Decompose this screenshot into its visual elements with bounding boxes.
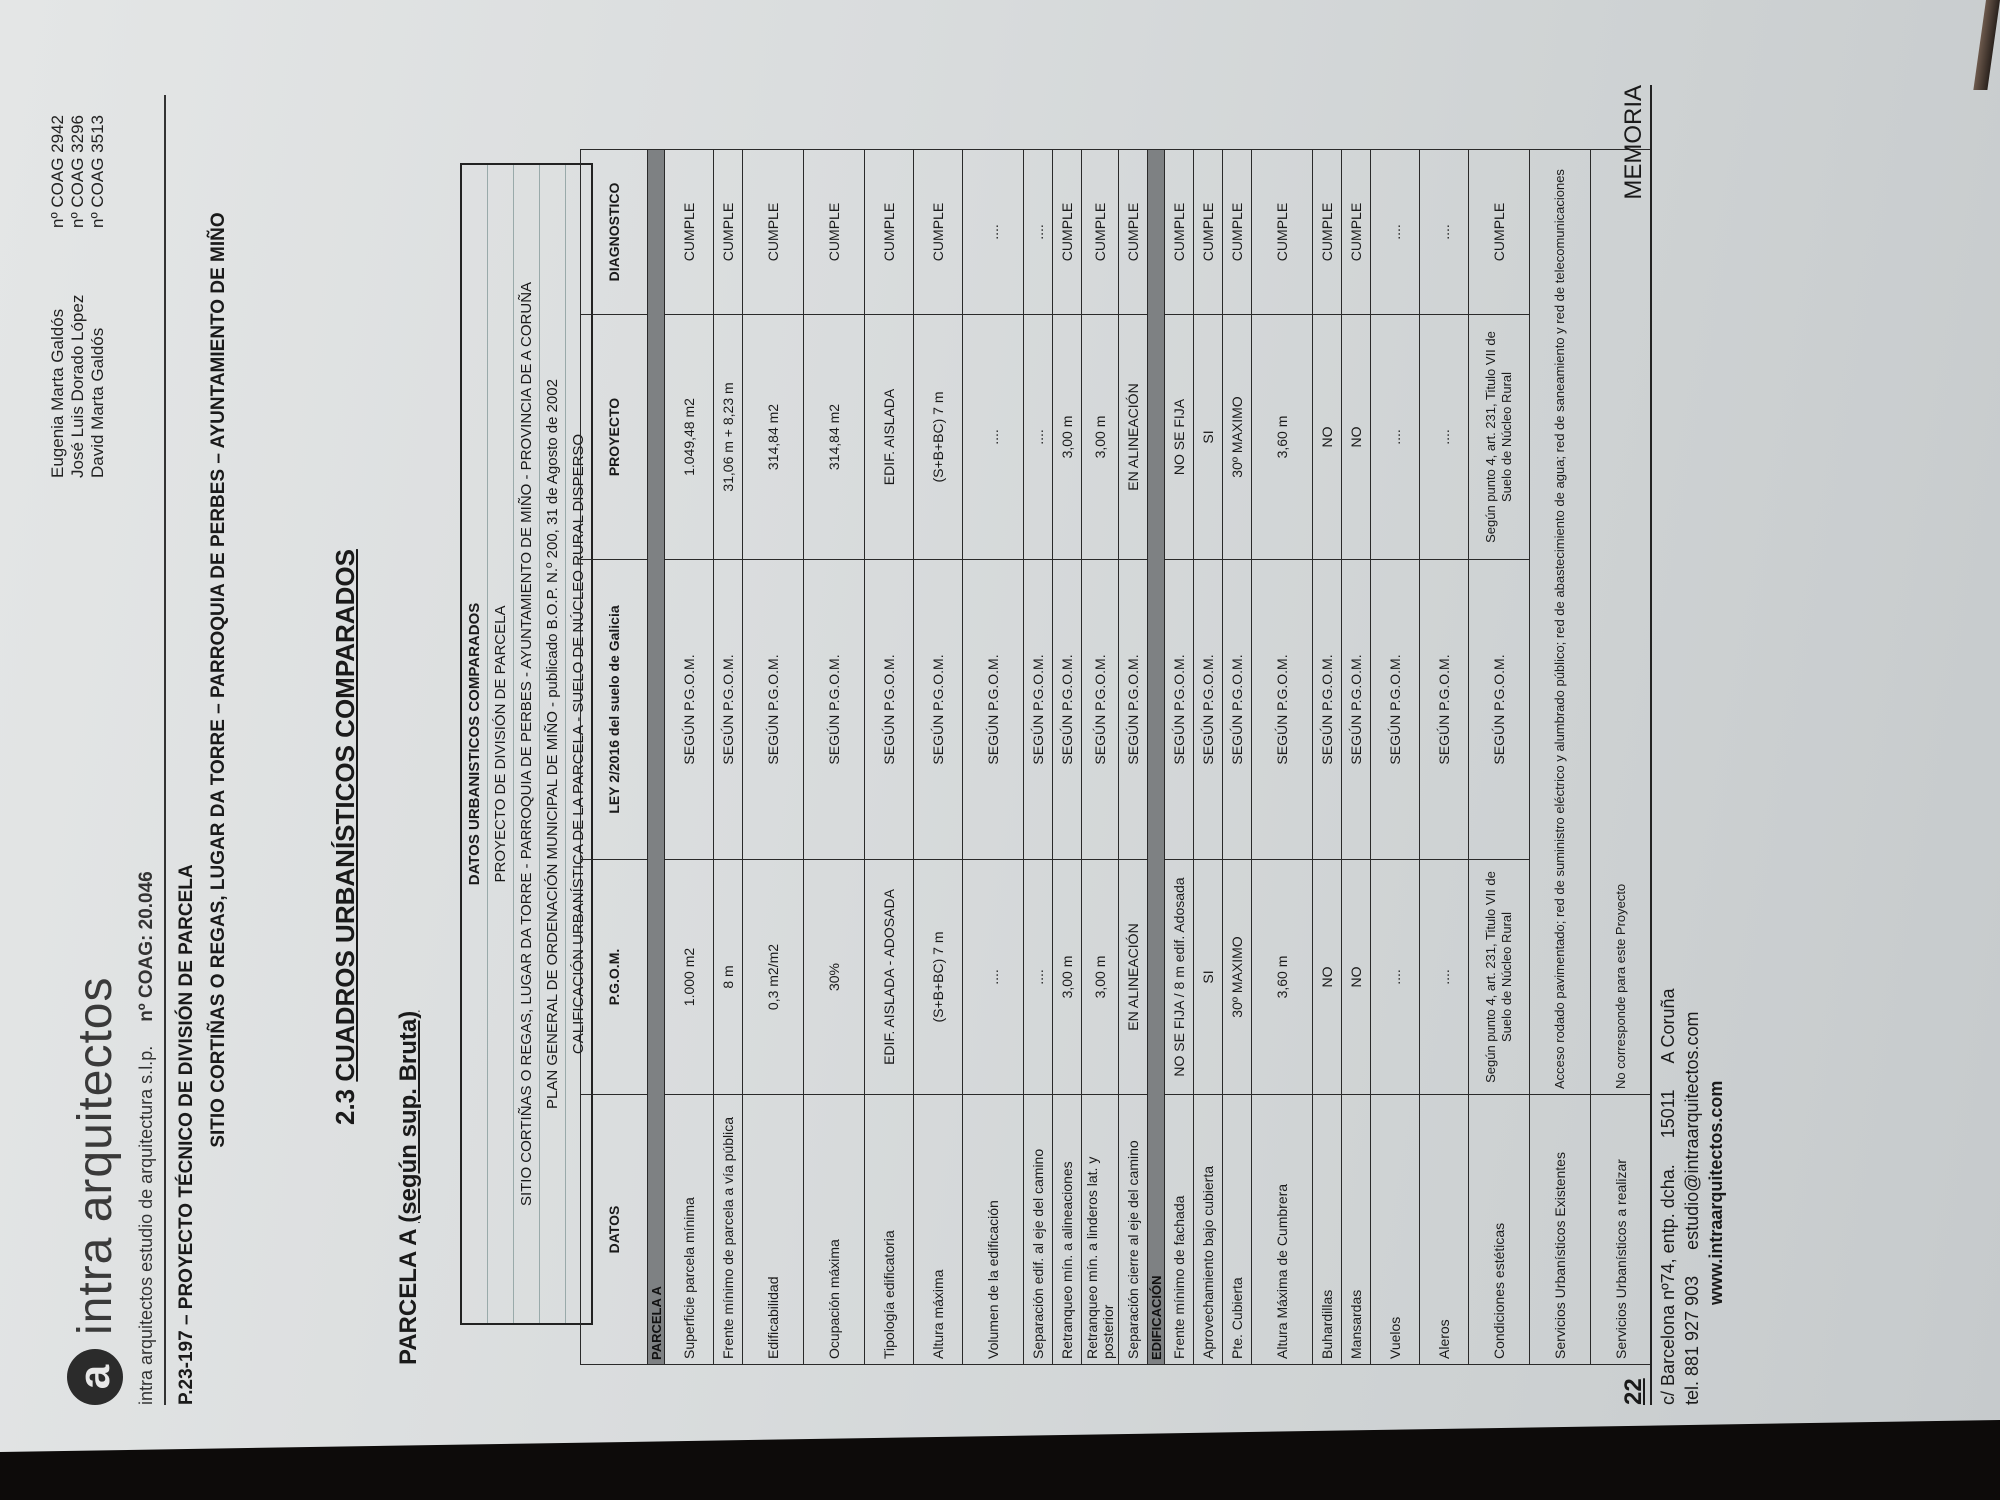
cell-dato: Mansardas: [1342, 1095, 1371, 1365]
table-row: Frente mínimo de fachadaNO SE FIJA / 8 m…: [1165, 150, 1194, 1365]
services-existing-row: Servicios Urbanísticos ExistentesAcceso …: [1530, 150, 1591, 1365]
cell-dato: Frente mínimo de fachada: [1165, 1095, 1194, 1365]
cell-dato: Vuelos: [1371, 1095, 1420, 1365]
cell-diagnostico: CUMPLE: [1053, 150, 1082, 315]
table-row: Aleros....SEGÚN P.G.O.M.........: [1420, 150, 1469, 1365]
cell-dato: Altura máxima: [914, 1095, 963, 1365]
cell-ley: SEGÚN P.G.O.M.: [1371, 560, 1420, 860]
section-band-title: EDIFICACIÓN: [1148, 150, 1165, 1365]
cell-dato: Volumen de la edificación: [963, 1095, 1024, 1365]
cell-diagnostico: CUMPLE: [1252, 150, 1313, 315]
cell-pgom: NO SE FIJA / 8 m edif. Adosada: [1165, 860, 1194, 1095]
cell-ley: SEGÚN P.G.O.M.: [714, 560, 743, 860]
cell-proyecto: NO: [1342, 315, 1371, 560]
table-header-row: DATOS P.G.O.M. LEY 2/2016 del suelo de G…: [581, 150, 648, 1365]
table-row: Retranqueo mín. a linderos lat. y poster…: [1082, 150, 1119, 1365]
signer-name: José Luis Dorado López: [68, 268, 88, 478]
address-line: c/ Barcelona nº74, entp. dcha. 15011 A C…: [1656, 85, 1680, 1405]
cell-pgom: 8 m: [714, 860, 743, 1095]
cell-proyecto: 3,60 m: [1252, 315, 1313, 560]
footer-rule: 22 MEMORIA: [1620, 85, 1652, 1405]
cell-services: Acceso rodado pavimentado; red de sumini…: [1530, 150, 1591, 1095]
parcela-title: PARCELA A (según sup. Bruta): [395, 1011, 423, 1365]
caption-line: SITIO CORTIÑAS O REGAS, LUGAR DA TORRE -…: [514, 165, 540, 1323]
section-band: EDIFICACIÓN: [1148, 150, 1165, 1365]
logo-icon: a: [67, 1349, 123, 1405]
cell-dato: Pte. Cubierta: [1223, 1095, 1252, 1365]
location-line: SITIO CORTIÑAS O REGAS, LUGAR DA TORRE –…: [208, 95, 230, 1405]
cell-pgom: Según punto 4, art. 231, Titulo VII de S…: [1469, 860, 1530, 1095]
cell-proyecto: 314,84 m2: [743, 315, 804, 560]
cell-diagnostico: CUMPLE: [1194, 150, 1223, 315]
section-number: 2.3: [330, 1089, 360, 1125]
cell-proyecto: 3,00 m: [1053, 315, 1082, 560]
cell-proyecto: ....: [1420, 315, 1469, 560]
cell-diagnostico: ....: [1024, 150, 1053, 315]
table-row: Superficie parcela mínima1.000 m2SEGÚN P…: [665, 150, 714, 1365]
cell-dato: Separación edif. al eje del camino: [1024, 1095, 1053, 1365]
cell-dato: Frente mínimo de parcela a vía pública: [714, 1095, 743, 1365]
table-row: Aprovechamiento bajo cubiertaSISEGÚN P.G…: [1194, 150, 1223, 1365]
cell-ley: SEGÚN P.G.O.M.: [743, 560, 804, 860]
cell-diagnostico: CUMPLE: [1119, 150, 1148, 315]
cell-pgom: 3,00 m: [1053, 860, 1082, 1095]
street-address: c/ Barcelona nº74, entp. dcha.: [1656, 1164, 1680, 1405]
logo-text: intra arquitectos: [68, 976, 123, 1335]
cell-proyecto: EDIF. AISLADA: [865, 315, 914, 560]
cell-dato: Aprovechamiento bajo cubierta: [1194, 1095, 1223, 1365]
cell-ley: SEGÚN P.G.O.M.: [1420, 560, 1469, 860]
signers-list: Eugenia Marta Galdós nº COAG 2942 José L…: [48, 115, 108, 478]
cell-diagnostico: CUMPLE: [743, 150, 804, 315]
cell-dato: Aleros: [1420, 1095, 1469, 1365]
caption-line: DATOS URBANISTICOS COMPARADOS: [462, 165, 488, 1323]
cell-diagnostico: CUMPLE: [1342, 150, 1371, 315]
cell-diagnostico: ....: [963, 150, 1024, 315]
cell-ley: SEGÚN P.G.O.M.: [1469, 560, 1530, 860]
cell-pgom: 30%: [804, 860, 865, 1095]
project-line: P.23-197 – PROYECTO TÉCNICO DE DIVISIÓN …: [176, 95, 198, 1405]
cell-dato: Retranqueo mín. a alineaciones: [1053, 1095, 1082, 1365]
page-footer: 22 MEMORIA c/ Barcelona nº74, entp. dcha…: [1620, 85, 1728, 1405]
section-label: MEMORIA: [1620, 85, 1648, 200]
cell-ley: SEGÚN P.G.O.M.: [914, 560, 963, 860]
cell-pgom: NO: [1342, 860, 1371, 1095]
header-divider: [164, 95, 166, 1405]
cell-ley: SEGÚN P.G.O.M.: [1165, 560, 1194, 860]
table-row: Retranqueo mín. a alineaciones3,00 mSEGÚ…: [1053, 150, 1082, 1365]
cell-pgom: EN ALINEACIÓN: [1119, 860, 1148, 1095]
cell-dato: Superficie parcela mínima: [665, 1095, 714, 1365]
signer: David Marta Galdós nº COAG 3513: [88, 115, 108, 478]
table-caption: DATOS URBANISTICOS COMPARADOS PROYECTO D…: [460, 163, 593, 1325]
cell-diagnostico: CUMPLE: [865, 150, 914, 315]
postal-code: 15011: [1656, 1090, 1680, 1139]
table-row: Tipología edificatoriaEDIF. AISLADA - AD…: [865, 150, 914, 1365]
signer-coag: nº COAG 3513: [88, 115, 108, 228]
cell-pgom: EDIF. AISLADA - ADOSADA: [865, 860, 914, 1095]
company-name: intra arquitectos estudio de arquitectur…: [136, 1046, 158, 1405]
cell-ley: SEGÚN P.G.O.M.: [963, 560, 1024, 860]
page-header: a intra arquitectos Eugenia Marta Galdós…: [60, 95, 230, 1405]
cell-ley: SEGÚN P.G.O.M.: [804, 560, 865, 860]
cell-proyecto: NO: [1313, 315, 1342, 560]
cell-proyecto: 31,06 m + 8,23 m: [714, 315, 743, 560]
section-band: PARCELA A: [648, 150, 665, 1365]
cell-proyecto: ....: [1371, 315, 1420, 560]
contact-line: tel. 881 927 903 estudio@intraarquitecto…: [1680, 85, 1704, 1405]
table-row: Altura Máxima de Cumbrera3,60 mSEGÚN P.G…: [1252, 150, 1313, 1365]
table-row: MansardasNOSEGÚN P.G.O.M.NOCUMPLE: [1342, 150, 1371, 1365]
phone: tel. 881 927 903: [1680, 1276, 1704, 1405]
cell-dato: Tipología edificatoria: [865, 1095, 914, 1365]
cell-proyecto: 1.049,48 m2: [665, 315, 714, 560]
table-row: Vuelos....SEGÚN P.G.O.M.........: [1371, 150, 1420, 1365]
cell-proyecto: (S+B+BC) 7 m: [914, 315, 963, 560]
column-header: PROYECTO: [581, 315, 648, 560]
column-header: LEY 2/2016 del suelo de Galicia: [581, 560, 648, 860]
cell-proyecto: ....: [963, 315, 1024, 560]
cell-dato: Retranqueo mín. a linderos lat. y poster…: [1082, 1095, 1119, 1365]
cell-ley: SEGÚN P.G.O.M.: [665, 560, 714, 860]
table-row: BuhardillasNOSEGÚN P.G.O.M.NOCUMPLE: [1313, 150, 1342, 1365]
comparison-table: DATOS P.G.O.M. LEY 2/2016 del suelo de G…: [580, 149, 1652, 1365]
cell-ley: SEGÚN P.G.O.M.: [1119, 560, 1148, 860]
cell-ley: SEGÚN P.G.O.M.: [1194, 560, 1223, 860]
cell-ley: SEGÚN P.G.O.M.: [1342, 560, 1371, 860]
cell-diagnostico: CUMPLE: [1313, 150, 1342, 315]
section-title: 2.3 CUADROS URBANÍSTICOS COMPARADOS: [330, 549, 361, 1125]
cell-diagnostico: ....: [1420, 150, 1469, 315]
cell-proyecto: SI: [1194, 315, 1223, 560]
parcela-note: (según sup. Bruta): [395, 1011, 422, 1223]
cell-proyecto: NO SE FIJA: [1165, 315, 1194, 560]
cell-dato: Altura Máxima de Cumbrera: [1252, 1095, 1313, 1365]
cell-diagnostico: CUMPLE: [804, 150, 865, 315]
signer: Eugenia Marta Galdós nº COAG 2942: [48, 115, 68, 478]
cell-pgom: SI: [1194, 860, 1223, 1095]
table-row: Separación edif. al eje del camino....SE…: [1024, 150, 1053, 1365]
table-row: Separación cierre al eje del caminoEN AL…: [1119, 150, 1148, 1365]
cell-ley: SEGÚN P.G.O.M.: [1313, 560, 1342, 860]
cell-pgom: ....: [1024, 860, 1053, 1095]
table-row: Condiciones estéticasSegún punto 4, art.…: [1469, 150, 1530, 1365]
table-row: Pte. Cubierta30º MAXIMOSEGÚN P.G.O.M.30º…: [1223, 150, 1252, 1365]
cell-pgom: ....: [963, 860, 1024, 1095]
table-row: Altura máxima(S+B+BC) 7 mSEGÚN P.G.O.M.(…: [914, 150, 963, 1365]
signer: José Luis Dorado López nº COAG 3296: [68, 115, 88, 478]
cell-proyecto: ....: [1024, 315, 1053, 560]
cell-pgom: ....: [1420, 860, 1469, 1095]
cell-diagnostico: CUMPLE: [1165, 150, 1194, 315]
table-row: Ocupación máxima30%SEGÚN P.G.O.M.314,84 …: [804, 150, 865, 1365]
company-line: intra arquitectos estudio de arquitectur…: [136, 95, 158, 1405]
email-link[interactable]: estudio@intraarquitectos.com: [1680, 1011, 1704, 1249]
column-header: P.G.O.M.: [581, 860, 648, 1095]
website-link[interactable]: www.intraarquitectos.com: [1704, 85, 1728, 1405]
cell-pgom: NO: [1313, 860, 1342, 1095]
cell-proyecto: 3,00 m: [1082, 315, 1119, 560]
section-title-text: CUADROS URBANÍSTICOS COMPARADOS: [330, 549, 360, 1082]
company-coag: nº COAG: 20.046: [136, 871, 158, 1022]
cell-proyecto: EN ALINEACIÓN: [1119, 315, 1148, 560]
cell-diagnostico: CUMPLE: [665, 150, 714, 315]
caption-line: PLAN GENERAL DE ORDENACIÓN MUNICIPAL DE …: [540, 165, 566, 1323]
table-row: Volumen de la edificación....SEGÚN P.G.O…: [963, 150, 1024, 1365]
document-page: a intra arquitectos Eugenia Marta Galdós…: [60, 35, 1940, 1465]
caption-line: PROYECTO DE DIVISIÓN DE PARCELA: [488, 165, 514, 1323]
signer-coag: nº COAG 3296: [68, 115, 88, 228]
table-row: Edificabilidad0,3 m2/m2SEGÚN P.G.O.M.314…: [743, 150, 804, 1365]
cell-ley: SEGÚN P.G.O.M.: [1223, 560, 1252, 860]
section-band-title: PARCELA A: [648, 150, 665, 1365]
cell-diagnostico: CUMPLE: [1223, 150, 1252, 315]
cell-proyecto: Según punto 4, art. 231, Titulo VII de S…: [1469, 315, 1530, 560]
cell-diagnostico: CUMPLE: [914, 150, 963, 315]
cell-pgom: ....: [1371, 860, 1420, 1095]
cell-dato: Condiciones estéticas: [1469, 1095, 1530, 1365]
cell-pgom: 3,00 m: [1082, 860, 1119, 1095]
cell-ley: SEGÚN P.G.O.M.: [865, 560, 914, 860]
column-header: DIAGNOSTICO: [581, 150, 648, 315]
cell-diagnostico: CUMPLE: [1082, 150, 1119, 315]
page-number: 22: [1620, 1378, 1648, 1405]
cell-diagnostico: ....: [1371, 150, 1420, 315]
cell-pgom: 30º MAXIMO: [1223, 860, 1252, 1095]
cell-ley: SEGÚN P.G.O.M.: [1252, 560, 1313, 860]
signer-name: David Marta Galdós: [88, 268, 108, 478]
cell-dato: Ocupación máxima: [804, 1095, 865, 1365]
cell-pgom: 3,60 m: [1252, 860, 1313, 1095]
table-body: PARCELA ASuperficie parcela mínima1.000 …: [648, 150, 1652, 1365]
cell-ley: SEGÚN P.G.O.M.: [1024, 560, 1053, 860]
parcela-prefix: PARCELA A: [395, 1229, 422, 1365]
contact-block: c/ Barcelona nº74, entp. dcha. 15011 A C…: [1656, 85, 1728, 1405]
cell-pgom: 0,3 m2/m2: [743, 860, 804, 1095]
cell-dato: Separación cierre al eje del camino: [1119, 1095, 1148, 1365]
cell-diagnostico: CUMPLE: [1469, 150, 1530, 315]
city: A Coruña: [1656, 988, 1680, 1063]
column-header: DATOS: [581, 1095, 648, 1365]
cell-diagnostico: CUMPLE: [714, 150, 743, 315]
cell-proyecto: 314,84 m2: [804, 315, 865, 560]
signer-coag: nº COAG 2942: [48, 115, 68, 228]
cell-pgom: 1.000 m2: [665, 860, 714, 1095]
cell-dato: Buhardillas: [1313, 1095, 1342, 1365]
cell-ley: SEGÚN P.G.O.M.: [1053, 560, 1082, 860]
cell-ley: SEGÚN P.G.O.M.: [1082, 560, 1119, 860]
cell-dato: Edificabilidad: [743, 1095, 804, 1365]
cell-proyecto: 30º MAXIMO: [1223, 315, 1252, 560]
table-row: Frente mínimo de parcela a vía pública8 …: [714, 150, 743, 1365]
signer-name: Eugenia Marta Galdós: [48, 268, 68, 478]
cell-dato: Servicios Urbanísticos Existentes: [1530, 1095, 1591, 1365]
cell-pgom: (S+B+BC) 7 m: [914, 860, 963, 1095]
